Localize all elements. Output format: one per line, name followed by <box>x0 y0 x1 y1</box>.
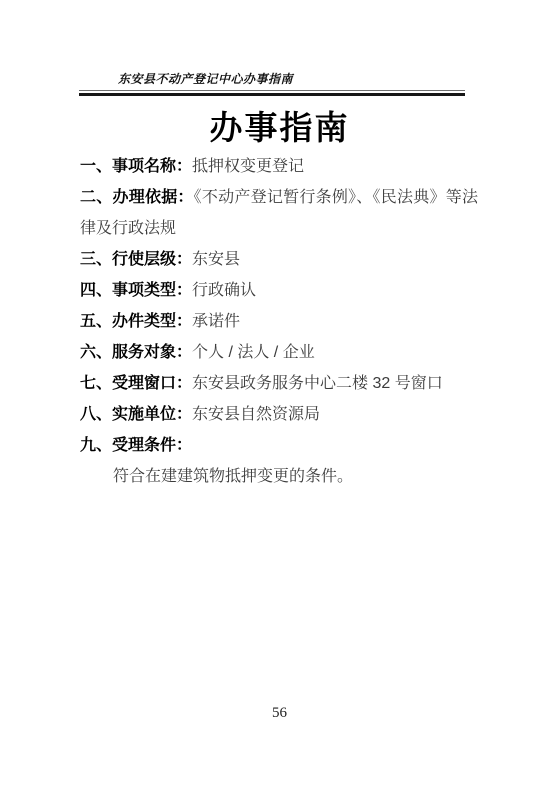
page-header-title: 东安县不动产登记中心办事指南 <box>118 70 293 87</box>
list-item-4: 四、事项类型：行政确认 <box>80 275 478 306</box>
list-item-3: 三、行使层级：东安县 <box>80 244 478 275</box>
header-rule-thick-line <box>79 93 465 96</box>
item-label: 七、受理窗口： <box>80 375 192 392</box>
item-label: 八、实施单位： <box>80 406 192 423</box>
item-value: 行政确认 <box>192 282 256 299</box>
page-title: 办事指南 <box>0 102 559 149</box>
item-label: 一、事项名称： <box>80 158 192 175</box>
condition-paragraph: 符合在建建筑物抵押变更的条件。 <box>80 461 478 492</box>
item-value: 东安县政务服务中心二楼 32 号窗口 <box>192 375 443 392</box>
header-rule-thin-line <box>79 90 465 91</box>
list-item-7: 七、受理窗口：东安县政务服务中心二楼 32 号窗口 <box>80 368 478 399</box>
item-value: 东安县自然资源局 <box>192 406 320 423</box>
list-item-9: 九、受理条件： <box>80 430 478 461</box>
document-body: 一、事项名称：抵押权变更登记 二、办理依据：《不动产登记暂行条例》、《民法典》等… <box>80 151 478 492</box>
item-label: 六、服务对象： <box>80 344 192 361</box>
item-label: 三、行使层级： <box>80 251 192 268</box>
list-item-1: 一、事项名称：抵押权变更登记 <box>80 151 478 182</box>
item-label: 四、事项类型： <box>80 282 192 299</box>
document-page: 东安县不动产登记中心办事指南 办事指南 一、事项名称：抵押权变更登记 二、办理依… <box>0 0 559 793</box>
item-label: 九、受理条件： <box>80 437 192 454</box>
item-value: 个人 / 法人 / 企业 <box>192 344 315 361</box>
page-number: 56 <box>0 705 559 722</box>
item-label: 五、办件类型： <box>80 313 192 330</box>
list-item-6: 六、服务对象：个人 / 法人 / 企业 <box>80 337 478 368</box>
header-double-rule <box>79 90 465 96</box>
item-label: 二、办理依据： <box>80 189 194 206</box>
item-value: 东安县 <box>192 251 240 268</box>
item-value: 抵押权变更登记 <box>192 158 304 175</box>
list-item-8: 八、实施单位：东安县自然资源局 <box>80 399 478 430</box>
list-item-5: 五、办件类型：承诺件 <box>80 306 478 337</box>
list-item-2: 二、办理依据：《不动产登记暂行条例》、《民法典》等法律及行政法规 <box>80 182 478 244</box>
item-value: 承诺件 <box>192 313 240 330</box>
